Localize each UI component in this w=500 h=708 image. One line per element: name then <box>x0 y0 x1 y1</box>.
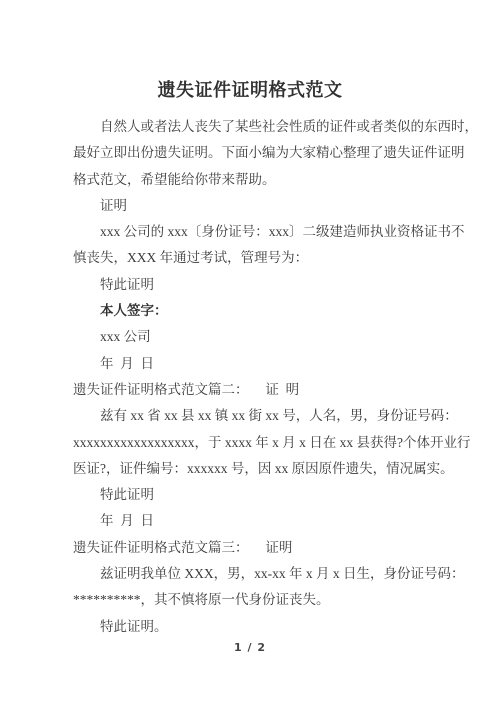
document-section-heading: 遗失证件证明格式范文篇二： 证 明 <box>73 377 438 403</box>
document-line: 慎丧失，XXX 年通过考试，管理号为： <box>73 245 438 271</box>
document-body: 自然人或者法人丧失了某些社会性质的证件或者类似的东西时， 最好立即出份遗失证明。… <box>73 114 438 640</box>
document-title: 遗失证件证明格式范文 <box>0 76 500 102</box>
document-line: 证明 <box>73 193 438 219</box>
document-line: 最好立即出份遗失证明。下面小编为大家精心整理了遗失证件证明 <box>73 140 438 166</box>
document-line: 兹有 xx 省 xx 县 xx 镇 xx 街 xx 号，人名，男，身份证号码： <box>73 403 438 429</box>
document-line: xxx 公司 <box>73 324 438 350</box>
document-line: 年 月 日 <box>73 351 438 377</box>
document-line: xxxxxxxxxxxxxxxxxx，于 xxxx 年 x 月 x 日在 xx … <box>73 430 438 456</box>
document-line: 格式范文，希望能给你带来帮助。 <box>73 167 438 193</box>
document-line: xxx 公司的 xxx〔身份证号：xxx〕二级建造师执业资格证书不 <box>73 219 438 245</box>
document-line: 自然人或者法人丧失了某些社会性质的证件或者类似的东西时， <box>73 114 438 140</box>
document-page: 遗失证件证明格式范文 自然人或者法人丧失了某些社会性质的证件或者类似的东西时， … <box>0 0 500 708</box>
document-line: 年 月 日 <box>73 508 438 534</box>
page-number: 1 / 2 <box>0 641 500 654</box>
document-section-heading: 遗失证件证明格式范文篇三： 证明 <box>73 535 438 561</box>
document-line: 医证?，证件编号：xxxxxx 号，因 xx 原因原件遗失，情况属实。 <box>73 456 438 482</box>
document-line: 特此证明。 <box>73 614 438 640</box>
document-line: 兹证明我单位 XXX，男，xx-xx 年 x 月 x 日生，身份证号码： <box>73 561 438 587</box>
document-line: 特此证明 <box>73 272 438 298</box>
document-line: 特此证明 <box>73 482 438 508</box>
document-line: 本人签字： <box>73 298 438 324</box>
document-line: **********，其不慎将原一代身份证丧失。 <box>73 587 438 613</box>
